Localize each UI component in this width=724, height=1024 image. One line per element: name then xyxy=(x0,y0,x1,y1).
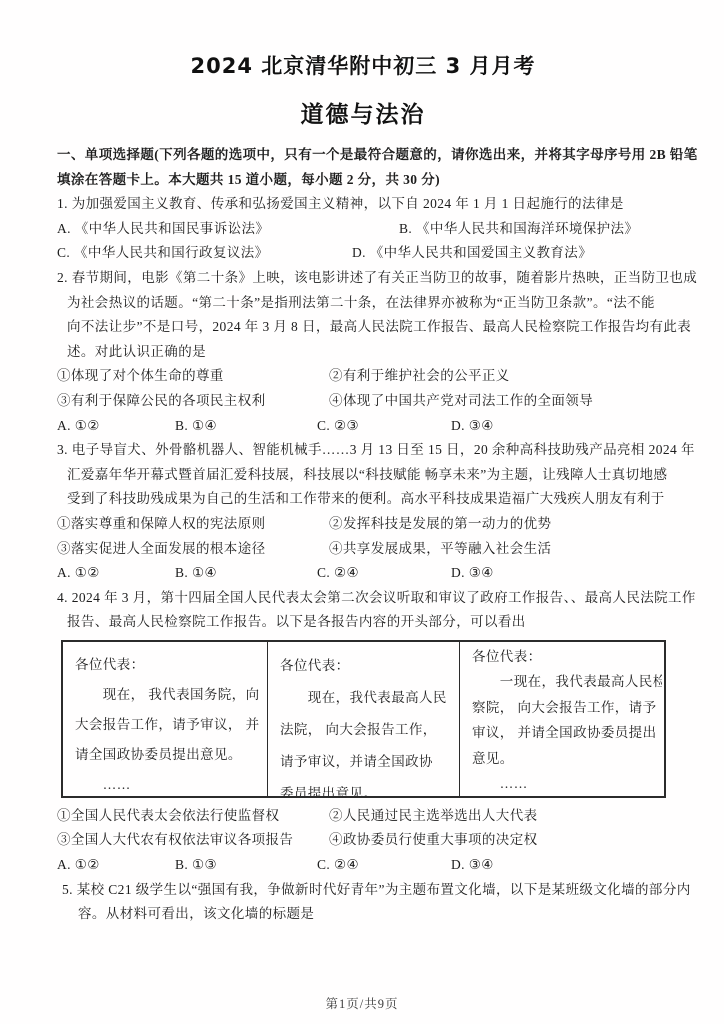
q1-options-row2: C. 《中华人民共和国行政复议法》 D. 《中华人民共和国爱国主义教育法》 xyxy=(57,241,669,266)
q2-stem-line1: 2. 春节期间，电影《第二十条》上映，该电影讲述了有关正当防卫的故事，随着影片热… xyxy=(57,266,669,291)
q3-stem-line1: 3. 电子导盲犬、外骨骼机器人、智能机械手……3 月 13 日至 15 日，20… xyxy=(57,438,669,463)
q1-option-b: B. 《中华人民共和国海洋环境保护法》 xyxy=(399,217,638,242)
report-line: 大会报告工作，请予审议， 并 xyxy=(75,710,259,740)
page-number-footer: 第1页/共9页 xyxy=(0,994,724,1012)
report-line: 察院， 向大会报告工作，请予 xyxy=(472,695,654,721)
q3-item-3: ③落实促进人全面发展的根本途径 xyxy=(57,537,266,562)
q2-stem-line3: 向不法让步”不是口号，2024 年 3 月 8 日，最高人民法院工作报告、最高人… xyxy=(57,315,669,340)
q4-answers-row: A. ①② B. ①③ C. ②④ D. ③④ xyxy=(57,853,669,878)
q2-stem-line2: 为社会热议的话题。“第二十条”是指刑法第二十条，在法律界亦被称为“正当防卫条款”… xyxy=(57,291,669,316)
q2-answer-d: D. ③④ xyxy=(451,414,494,439)
q3-item-1: ①落实尊重和保障人权的宪法原则 xyxy=(57,512,266,537)
q2-items-row2: ③有利于保障公民的各项民主权利 ④体现了中国共产党对司法工作的全面领导 xyxy=(57,389,669,414)
report-line: …… xyxy=(75,770,259,796)
q3-items-row2: ③落实促进人全面发展的根本途径 ④共享发展成果，平等融入社会生活 xyxy=(57,537,669,562)
q1-options-row1: A. 《中华人民共和国民事诉讼法》 B. 《中华人民共和国海洋环境保护法》 xyxy=(57,217,669,242)
q3-answers-row: A. ①② B. ①④ C. ②④ D. ③④ xyxy=(57,561,669,586)
report-cell-procuratorate: 各位代表： 一现在，我代表最高人民检 察院， 向大会报告工作，请予 审议， 并请… xyxy=(460,642,662,796)
q2-item-1: ①体现了对个体生命的尊重 xyxy=(57,364,224,389)
q3-item-2: ②发挥科技是发展的第一动力的优势 xyxy=(329,512,551,537)
report-line: 一现在，我代表最高人民检 xyxy=(472,669,654,695)
section-instructions-line2: 填涂在答题卡上。本大题共 15 道小题，每小题 2 分，共 30 分) xyxy=(57,168,669,193)
q3-items-row1: ①落实尊重和保障人权的宪法原则 ②发挥科技是发展的第一动力的优势 xyxy=(57,512,669,537)
report-line: 各位代表： xyxy=(75,650,259,680)
report-line: 审议， 并请全国政协委员提出 xyxy=(472,720,654,746)
q4-items-row1: ①全国人民代表太会依法行使监督权 ②人民通过民主选举选出人大代表 xyxy=(57,804,669,829)
q4-report-table: 各位代表： 现在， 我代表国务院，向 大会报告工作，请予审议， 并 请全国政协委… xyxy=(61,640,666,798)
q3-stem-line2: 汇爱嘉年华开幕式暨首届汇爱科技展，科技展以“科技赋能 畅享未来”为主题，让残障人… xyxy=(57,463,669,488)
report-cell-state-council: 各位代表： 现在， 我代表国务院，向 大会报告工作，请予审议， 并 请全国政协委… xyxy=(63,642,268,796)
q4-items-row2: ③全国人大代农有权依法审议各项报告 ④政协委员行使重大事项的决定权 xyxy=(57,828,669,853)
section-instructions-line1: 一、单项选择题(下列各题的选项中，只有一个是最符合题意的，请你选出来，并将其字母… xyxy=(57,143,669,168)
report-line: 法院， 向大会报告工作， xyxy=(280,714,451,746)
q4-item-2: ②人民通过民主选举选出人大代表 xyxy=(329,804,538,829)
q4-stem-line2: 报告、最高人民检察院工作报告。以下是各报告内容的开头部分，可以看出 xyxy=(57,610,669,635)
report-line: 请予审议，并请全国政协 xyxy=(280,746,451,778)
q1-stem: 1. 为加强爱国主义教育、传承和弘扬爱国主义精神，以下自 2024 年 1 月 … xyxy=(57,192,669,217)
q2-answer-b: B. ①④ xyxy=(175,414,217,439)
q3-stem-line3: 受到了科技助残成果为自己的生活和工作带来的便利。高水平科技成果造福广大残疾人朋友… xyxy=(57,487,669,512)
report-line: 各位代表： xyxy=(280,650,451,682)
report-line: …… xyxy=(472,771,654,796)
report-line: 意见。 xyxy=(472,746,654,772)
q3-item-4: ④共享发展成果，平等融入社会生活 xyxy=(329,537,551,562)
report-cell-supreme-court: 各位代表： 现在，我代表最高人民 法院， 向大会报告工作， 请予审议，并请全国政… xyxy=(268,642,460,796)
report-line: 各位代表： xyxy=(472,644,654,670)
q4-answer-d: D. ③④ xyxy=(451,853,494,878)
q1-option-c: C. 《中华人民共和国行政复议法》 xyxy=(57,241,269,266)
q4-item-3: ③全国人大代农有权依法审议各项报告 xyxy=(57,828,293,853)
q2-answers-row: A. ①② B. ①④ C. ②③ D. ③④ xyxy=(57,414,669,439)
q2-item-2: ②有利于维护社会的公平正义 xyxy=(329,364,510,389)
report-line: 请全国政协委员提出意见。 xyxy=(75,740,259,770)
report-line: 委员提出意见。 xyxy=(280,778,451,796)
q5-stem-line1: 5. 某校 C21 级学生以“强国有我，争做新时代好青年”为主题布置文化墙，以下… xyxy=(57,878,669,903)
q2-stem-line4: 述。对此认识正确的是 xyxy=(57,340,669,365)
q3-answer-c: C. ②④ xyxy=(317,561,359,586)
exam-body: 一、单项选择题(下列各题的选项中，只有一个是最符合题意的，请你选出来，并将其字母… xyxy=(57,143,669,927)
q4-item-4: ④政协委员行使重大事项的决定权 xyxy=(329,828,538,853)
q3-answer-a: A. ①② xyxy=(57,561,100,586)
exam-subject-subtitle: 道德与法治 xyxy=(57,96,669,129)
q4-stem-line1: 4. 2024 年 3 月，第十四届全国人民代表太会第二次会议听取和审议了政府工… xyxy=(57,586,669,611)
q1-option-d: D. 《中华人民共和国爱国主义教育法》 xyxy=(352,241,592,266)
exam-page: 2024 北京清华附中初三 3 月月考 道德与法治 一、单项选择题(下列各题的选… xyxy=(0,0,724,1024)
q4-item-1: ①全国人民代表太会依法行使监督权 xyxy=(57,804,279,829)
q4-answer-b: B. ①③ xyxy=(175,853,217,878)
q2-items-row1: ①体现了对个体生命的尊重 ②有利于维护社会的公平正义 xyxy=(57,364,669,389)
q3-answer-d: D. ③④ xyxy=(451,561,494,586)
q2-answer-c: C. ②③ xyxy=(317,414,359,439)
q2-answer-a: A. ①② xyxy=(57,414,100,439)
q4-answer-a: A. ①② xyxy=(57,853,100,878)
page-content: 2024 北京清华附中初三 3 月月考 道德与法治 一、单项选择题(下列各题的选… xyxy=(57,0,669,927)
q2-item-4: ④体现了中国共产党对司法工作的全面领导 xyxy=(329,389,593,414)
q5-stem-line2: 容。从材料可看出，该文化墙的标题是 xyxy=(57,902,669,927)
q1-option-a: A. 《中华人民共和国民事诉讼法》 xyxy=(57,217,269,242)
q3-answer-b: B. ①④ xyxy=(175,561,217,586)
report-line: 现在，我代表最高人民 xyxy=(280,682,451,714)
exam-title: 2024 北京清华附中初三 3 月月考 xyxy=(57,50,669,80)
report-line: 现在， 我代表国务院，向 xyxy=(75,680,259,710)
q4-answer-c: C. ②④ xyxy=(317,853,359,878)
q2-item-3: ③有利于保障公民的各项民主权利 xyxy=(57,389,266,414)
